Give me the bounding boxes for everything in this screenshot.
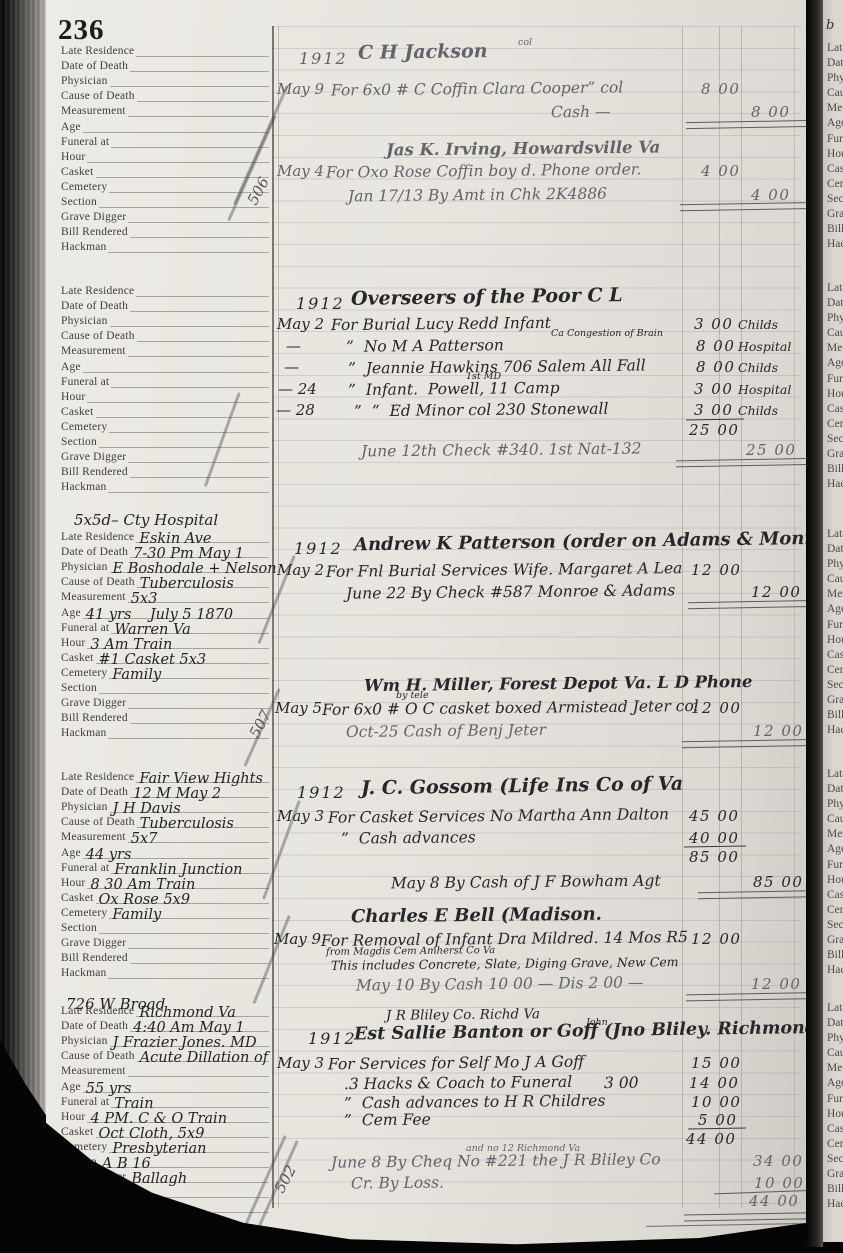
ledger-line: May 9 For 6x0 # C Coffin Clara Cooper” c… (46, 80, 806, 104)
entry-text: June 22 By Check #587 Monroe & Adams (346, 581, 675, 602)
debit-amount: 8 00 (701, 80, 740, 98)
adjacent-field-label: Late Residence (827, 282, 843, 297)
adjacent-field-label: Hackman (827, 724, 843, 739)
debit-amount: 8 00 (696, 358, 735, 376)
ledger-line: May 4 For Oxo Rose Coffin boy d. Phone o… (46, 162, 806, 186)
entry-year: 1912 (297, 783, 346, 802)
entry-year: 1912 (296, 294, 345, 313)
adjacent-field-label: Cause of Death (827, 1047, 843, 1062)
field-row: Hackman (61, 478, 269, 493)
adjacent-field-label: Casket (827, 403, 843, 418)
interline-note: Ca Congestion of Brain (551, 328, 663, 339)
adjacent-field-label: Age (827, 357, 843, 372)
debit-total: 25 00 (689, 421, 739, 439)
entry-text: For Services for Self Mo J A Goff (328, 1053, 584, 1074)
ledger-line: Charles E Bell (Madison. (46, 905, 806, 929)
book-spine (0, 0, 46, 1253)
date-cell: — (284, 358, 299, 376)
credit-amount: 8 00 (751, 103, 790, 121)
adjacent-page-labels: Late ResidenceDate of DeathPhysicianCaus… (827, 528, 843, 739)
ledger-line: May 2 For Fnl Burial Services Wife. Marg… (46, 561, 806, 585)
entry-title-row: 1912 C H Jackson col (46, 46, 806, 70)
adjacent-field-label: Date of Death (827, 57, 843, 72)
debit-amount: 12 00 (691, 699, 741, 717)
adjacent-field-label: Section (827, 433, 843, 448)
field-label: Hackman (61, 241, 108, 253)
adjacent-field-label: Section (827, 193, 843, 208)
adjacent-field-label: Cause of Death (827, 327, 843, 342)
entry-title-row: 1912 J. C. Gossom (Life Ins Co of Va (46, 780, 806, 804)
ledger-line: Jas K. Irving, Howardsville Va (46, 139, 806, 163)
entry-text: For 6x0 # C Coffin Clara Cooper” col (331, 78, 623, 99)
adjacent-field-label: Cause of Death (827, 813, 843, 828)
credit-amount: 34 00 (753, 1152, 803, 1170)
debit-amount: 5 00 (698, 1111, 737, 1129)
field-rule-line: Warren Va (111, 618, 269, 634)
adjacent-field-label: Bill Rendered (827, 709, 843, 724)
field-row: Hour3 Am Train (61, 634, 269, 649)
adjacent-field-label: Date of Death (827, 1017, 843, 1032)
ledger-line: 44 00 (46, 1130, 806, 1154)
adjacent-handwritten-mark: b (826, 18, 834, 33)
ledger-line: May 2 For Burial Lucy Redd Infant 3 00 C… (46, 315, 806, 339)
adjacent-field-label: Bill Rendered (827, 949, 843, 964)
interline-note: and no 12 Richmond Va (466, 1143, 580, 1154)
adjacent-field-label: Section (827, 679, 843, 694)
title-superscript: John (586, 1017, 608, 1028)
entry-text: ” Cem Fee (344, 1111, 431, 1130)
date-cell: — (286, 337, 301, 355)
date-cell: May 3 (277, 1054, 324, 1072)
entry-text: .3 Hacks & Coach to Funeral (344, 1073, 572, 1093)
adjacent-field-label: Measurement (827, 1062, 843, 1077)
entry-text: ” No M A Patterson (346, 336, 504, 356)
field-row: Bill Rendered (61, 463, 269, 478)
adjacent-field-label: Bill Rendered (827, 1183, 843, 1198)
credit-amount: 4 00 (751, 186, 790, 204)
date-cell: — 24 (278, 380, 317, 398)
date-cell: May 4 (277, 162, 324, 180)
date-cell: — 28 (276, 401, 315, 419)
debit-amount: 3 00 (694, 315, 733, 333)
ledger-line: June 8 By Cheq No #221 the J R Bliley Co… (46, 1152, 806, 1176)
entry-text: May 10 By Cash 10 00 — Dis 2 00 — (356, 973, 644, 994)
adjacent-field-label: Age (827, 843, 843, 858)
adjacent-field-label: Hackman (827, 238, 843, 253)
debit-amount: 14 00 (689, 1074, 739, 1092)
adjacent-field-label: Casket (827, 649, 843, 664)
adjacent-field-label: Physician (827, 798, 843, 813)
adjacent-field-label: Measurement (827, 102, 843, 117)
field-rule-line: 3 Am Train (87, 633, 269, 649)
credit-amount: 12 00 (751, 975, 801, 993)
adjacent-field-label: Hackman (827, 964, 843, 979)
adjacent-field-label: Hour (827, 634, 843, 649)
field-row: Grave Digger (61, 208, 269, 223)
adjacent-field-label: Funeral at (827, 619, 843, 634)
entry-text: Cash — (551, 103, 611, 122)
debit-amount: 3 00 (694, 401, 733, 419)
ledger-sheet: 236 Late ResidenceDate of DeathPhysician… (46, 0, 806, 1253)
adjacent-field-label: Casket (827, 1123, 843, 1138)
ledger-line: May 3 For Casket Services No Martha Ann … (46, 807, 806, 831)
entry-text: For Casket Services No Martha Ann Dalton (328, 805, 669, 827)
ledger-line: May 5 For 6x0 # O C casket boxed Armiste… (46, 699, 806, 723)
field-label: Bill Rendered (61, 1186, 130, 1198)
adjacent-field-label: Grave Digger (827, 208, 843, 223)
adjacent-field-label: Physician (827, 1032, 843, 1047)
field-rule-line (108, 237, 269, 253)
entry-text: ” Cash advances to H R Childres (344, 1092, 606, 1113)
adjacent-field-label: Late Residence (827, 768, 843, 783)
adjacent-field-label: Funeral at (827, 133, 843, 148)
adjacent-page-labels: Late ResidenceDate of DeathPhysicianCaus… (827, 1002, 843, 1213)
adjacent-field-label: Casket (827, 163, 843, 178)
debit-amount: 10 00 (691, 1093, 741, 1111)
credit-amount: 25 00 (746, 441, 796, 459)
column-note: Hospital (738, 382, 791, 397)
column-note: Childs (738, 317, 778, 332)
entry-text: May 8 By Cash of J F Bowham Agt (391, 872, 661, 893)
entry-text: ” Infant. Powell, 11 Camp (348, 379, 560, 399)
adjacent-field-label: Physician (827, 558, 843, 573)
note-above-block-3: 5x5d– Cty Hospital (74, 511, 218, 529)
adjacent-field-label: Bill Rendered (827, 463, 843, 478)
adjacent-field-label: Physician (827, 72, 843, 87)
credit-total: 44 00 (749, 1192, 799, 1210)
adjacent-field-label: Age (827, 603, 843, 618)
date-cell: May 5 (275, 699, 322, 717)
adjacent-field-label: Date of Death (827, 297, 843, 312)
entry-text: Jan 17/13 By Amt in Chk 2K4886 (348, 185, 607, 206)
date-cell: May 3 (277, 807, 324, 825)
adjacent-field-label: Cause of Death (827, 573, 843, 588)
ledger-line: May 8 By Cash of J F Bowham Agt 85 00 (46, 873, 806, 897)
entry-title: J. C. Gossom (Life Ins Co of Va (361, 773, 683, 799)
adjacent-field-label: Casket (827, 889, 843, 904)
adjacent-field-label: Late Residence (827, 1002, 843, 1017)
adjacent-page-labels: Late ResidenceDate of DeathPhysicianCaus… (827, 42, 843, 253)
entry-text: ” Cash advances (341, 828, 476, 847)
adjacent-field-label: Late Residence (827, 528, 843, 543)
ledger-photograph: 236 Late ResidenceDate of DeathPhysician… (0, 0, 843, 1253)
debit-total: 44 00 (686, 1130, 736, 1148)
entry-text: Oct-25 Cash of Benj Jeter (346, 721, 546, 741)
inline-amount: 3 00 (604, 1074, 639, 1092)
sub-heading: Jas K. Irving, Howardsville Va (386, 138, 660, 160)
adjacent-field-label: Hour (827, 874, 843, 889)
adjacent-field-label: Measurement (827, 828, 843, 843)
debit-amount: 12 00 (691, 561, 741, 579)
entry-text: For Burial Lucy Redd Infant (331, 314, 551, 334)
debit-total: 85 00 (689, 848, 739, 866)
debit-amount: 45 00 (689, 807, 739, 825)
adjacent-field-label: Grave Digger (827, 448, 843, 463)
adjacent-field-label: Cemetery (827, 664, 843, 679)
adjacent-field-label: Date of Death (827, 543, 843, 558)
adjacent-field-label: Hour (827, 388, 843, 403)
adjacent-field-label: Grave Digger (827, 694, 843, 709)
adjacent-field-label: Cemetery (827, 904, 843, 919)
adjacent-field-label: Funeral at (827, 1093, 843, 1108)
entry-text: June 12th Check #340. 1st Nat-132 (361, 440, 642, 461)
adjacent-field-label: Cause of Death (827, 87, 843, 102)
debit-amount: 4 00 (701, 162, 740, 180)
entry-year: 1912 (299, 49, 348, 68)
page-gutter (806, 0, 823, 1247)
entry-text: Cr. By Loss. (351, 1174, 444, 1193)
entry-text: For 6x0 # O C casket boxed Armistead Jet… (322, 697, 699, 719)
debit-amount: 40 00 (689, 829, 739, 847)
entry-title: C H Jackson (358, 40, 488, 64)
entry-title: Overseers of the Poor C L (351, 284, 623, 310)
date-cell: May 2 (277, 315, 324, 333)
entry-title-row: 1912 Andrew K Patterson (order on Adams … (46, 536, 806, 560)
adjacent-field-label: Cemetery (827, 178, 843, 193)
debit-amount: 8 00 (696, 337, 735, 355)
credit-amount: 85 00 (753, 873, 803, 891)
ledger-line: — ” Jeannie Hawkins 706 Salem All Fall 8… (46, 358, 806, 382)
debit-amount: 3 00 (694, 380, 733, 398)
adjacent-page: b Late ResidenceDate of DeathPhysicianCa… (823, 0, 843, 1242)
adjacent-field-label: Bill Rendered (827, 223, 843, 238)
field-row: Bill Rendered (61, 223, 269, 238)
adjacent-field-label: Hour (827, 1108, 843, 1123)
adjacent-page-labels: Late ResidenceDate of DeathPhysicianCaus… (827, 768, 843, 979)
ledger-line: 85 00 (46, 848, 806, 872)
adjacent-field-label: Physician (827, 312, 843, 327)
adjacent-field-label: Cemetery (827, 418, 843, 433)
adjacent-field-label: Cemetery (827, 1138, 843, 1153)
adjacent-field-label: Funeral at (827, 859, 843, 874)
entry-text: ” ” Ed Minor col 230 Stonewall (354, 400, 609, 421)
column-note: Childs (738, 360, 778, 375)
entry-year: 1912 (294, 539, 343, 558)
credit-amount: 10 00 (754, 1174, 804, 1192)
adjacent-field-label: Hackman (827, 478, 843, 493)
sub-heading: Charles E Bell (Madison. (351, 904, 602, 928)
adjacent-field-label: Funeral at (827, 373, 843, 388)
adjacent-field-label: Measurement (827, 342, 843, 357)
field-label: Hackman (61, 1201, 108, 1213)
adjacent-field-label: Hour (827, 148, 843, 163)
interline-note: by tele (396, 690, 429, 701)
column-note: Hospital (738, 339, 791, 354)
adjacent-field-label: Measurement (827, 588, 843, 603)
adjacent-field-label: Section (827, 1153, 843, 1168)
entry-text: For Oxo Rose Coffin boy d. Phone order. (326, 160, 642, 181)
credit-amount: 12 00 (753, 722, 803, 740)
adjacent-field-label: Grave Digger (827, 1168, 843, 1183)
adjacent-field-label: Section (827, 919, 843, 934)
field-value: Williams (111, 1201, 174, 1217)
interline-note: 1st MD (466, 371, 501, 382)
credit-amount: 12 00 (751, 583, 801, 601)
entry-year: 1912 (308, 1029, 357, 1048)
adjacent-field-label: Late Residence (827, 42, 843, 57)
adjacent-field-label: Hackman (827, 1198, 843, 1213)
field-rule-line: #1 Casket 5x3 (96, 648, 270, 664)
field-rule-line (130, 222, 269, 238)
entry-title-row: 1912 Est Sallie Banton or Goff (Jno Blil… (46, 1026, 806, 1050)
adjacent-field-label: Age (827, 1077, 843, 1092)
ledger-line: 44 00 (46, 1192, 806, 1216)
title-superscript: col (518, 37, 532, 48)
entry-text: This includes Concrete, Slate, Diging Gr… (331, 954, 679, 973)
entry-text: For Fnl Burial Services Wife. Margaret A… (326, 559, 683, 581)
debit-amount: 15 00 (691, 1054, 741, 1072)
adjacent-field-label: Grave Digger (827, 934, 843, 949)
entry-title-row: 1912 Overseers of the Poor C L (46, 291, 806, 315)
column-note: Childs (738, 403, 778, 418)
adjacent-field-label: Date of Death (827, 783, 843, 798)
adjacent-field-label: Age (827, 117, 843, 132)
adjacent-page-labels: Late ResidenceDate of DeathPhysicianCaus… (827, 282, 843, 493)
field-row: Hackman (61, 238, 269, 253)
field-rule-line (108, 477, 269, 493)
